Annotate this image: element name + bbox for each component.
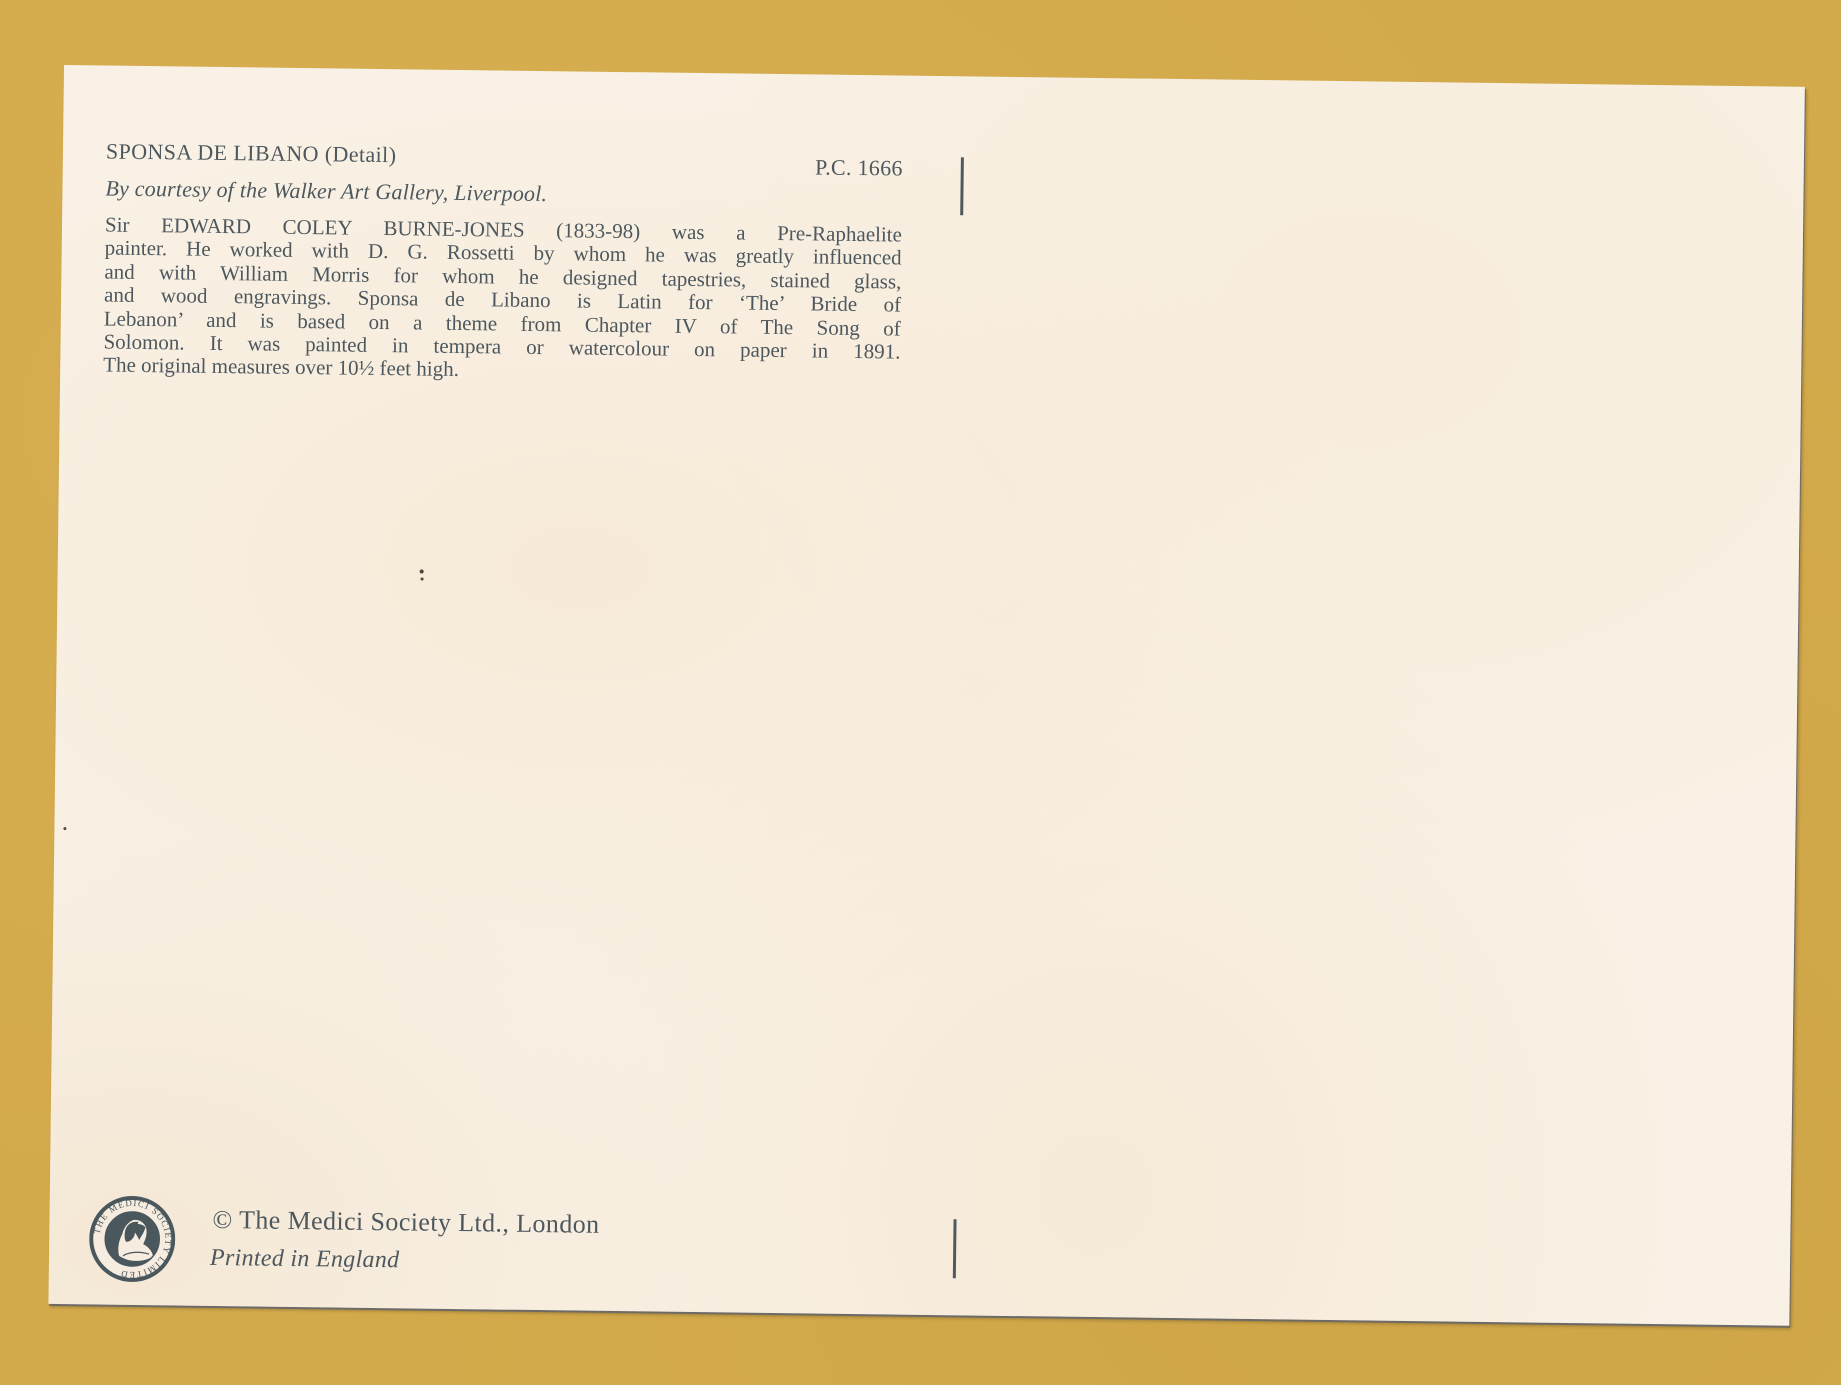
address-divider-bottom: [953, 1219, 957, 1278]
paper-speck: [63, 827, 66, 830]
courtesy-credit: By courtesy of the Walker Art Gallery, L…: [105, 176, 547, 208]
copyright-notice: © The Medici Society Ltd., London: [212, 1205, 599, 1240]
postcard-back: SPONSA DE LIBANO (Detail) P.C. 1666 By c…: [48, 65, 1804, 1326]
catalog-number: P.C. 1666: [763, 154, 903, 182]
address-divider-top: [960, 157, 964, 215]
medici-society-seal-icon: THE MEDICI SOCIETY LIMITED: [89, 1195, 176, 1282]
artwork-description: Sir EDWARD COLEY BURNE-JONES (1833-98) w…: [103, 214, 902, 388]
printed-in-notice: Printed in England: [210, 1245, 400, 1274]
paper-speck: [421, 578, 424, 581]
artwork-title: SPONSA DE LIBANO (Detail): [106, 139, 397, 169]
paper-speck: [420, 570, 424, 574]
